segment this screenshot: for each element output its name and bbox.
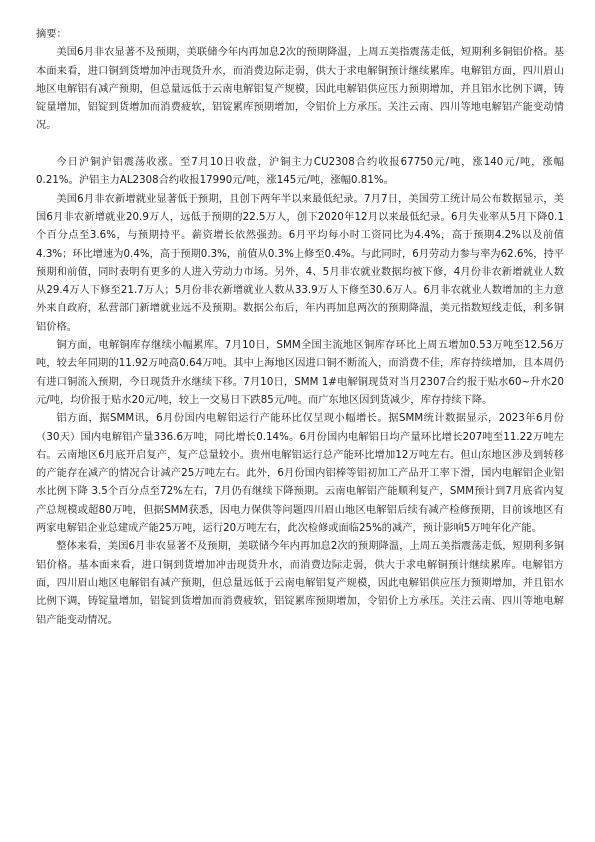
document-page: 摘要： 美国6月非农显著不及预期，美联储今年内再加息2次的预期降温，上周五美指震… [36,26,564,630]
market-close-paragraph: 今日沪铜沪铝震荡收涨。至7月10日收盘，沪铜主力CU2308合约收报67750元… [36,154,564,191]
summary-paragraph: 美国6月非农显著不及预期，美联储今年内再加息2次的预期降温，上周五美指震荡走低，… [36,44,564,135]
paragraph-spacer [36,136,564,154]
nonfarm-payroll-paragraph: 美国6月非农新增就业显著低于预期，且创下两年半以来最低纪录。7月7日，美国劳工统… [36,191,564,337]
conclusion-paragraph: 整体来看，美国6月非农显著不及预期，美联储今年内再加息2次的预期降温，上周五美指… [36,538,564,629]
abstract-heading: 摘要： [36,26,564,44]
aluminium-paragraph: 铝方面，据SMM讯，6月份国内电解铝运行产能环比仅呈现小幅增长。据SMM统计数据… [36,410,564,538]
copper-paragraph: 铜方面，电解铜库存继续小幅累库。7月10日，SMM全国主流地区铜库存环比上周五增… [36,337,564,410]
